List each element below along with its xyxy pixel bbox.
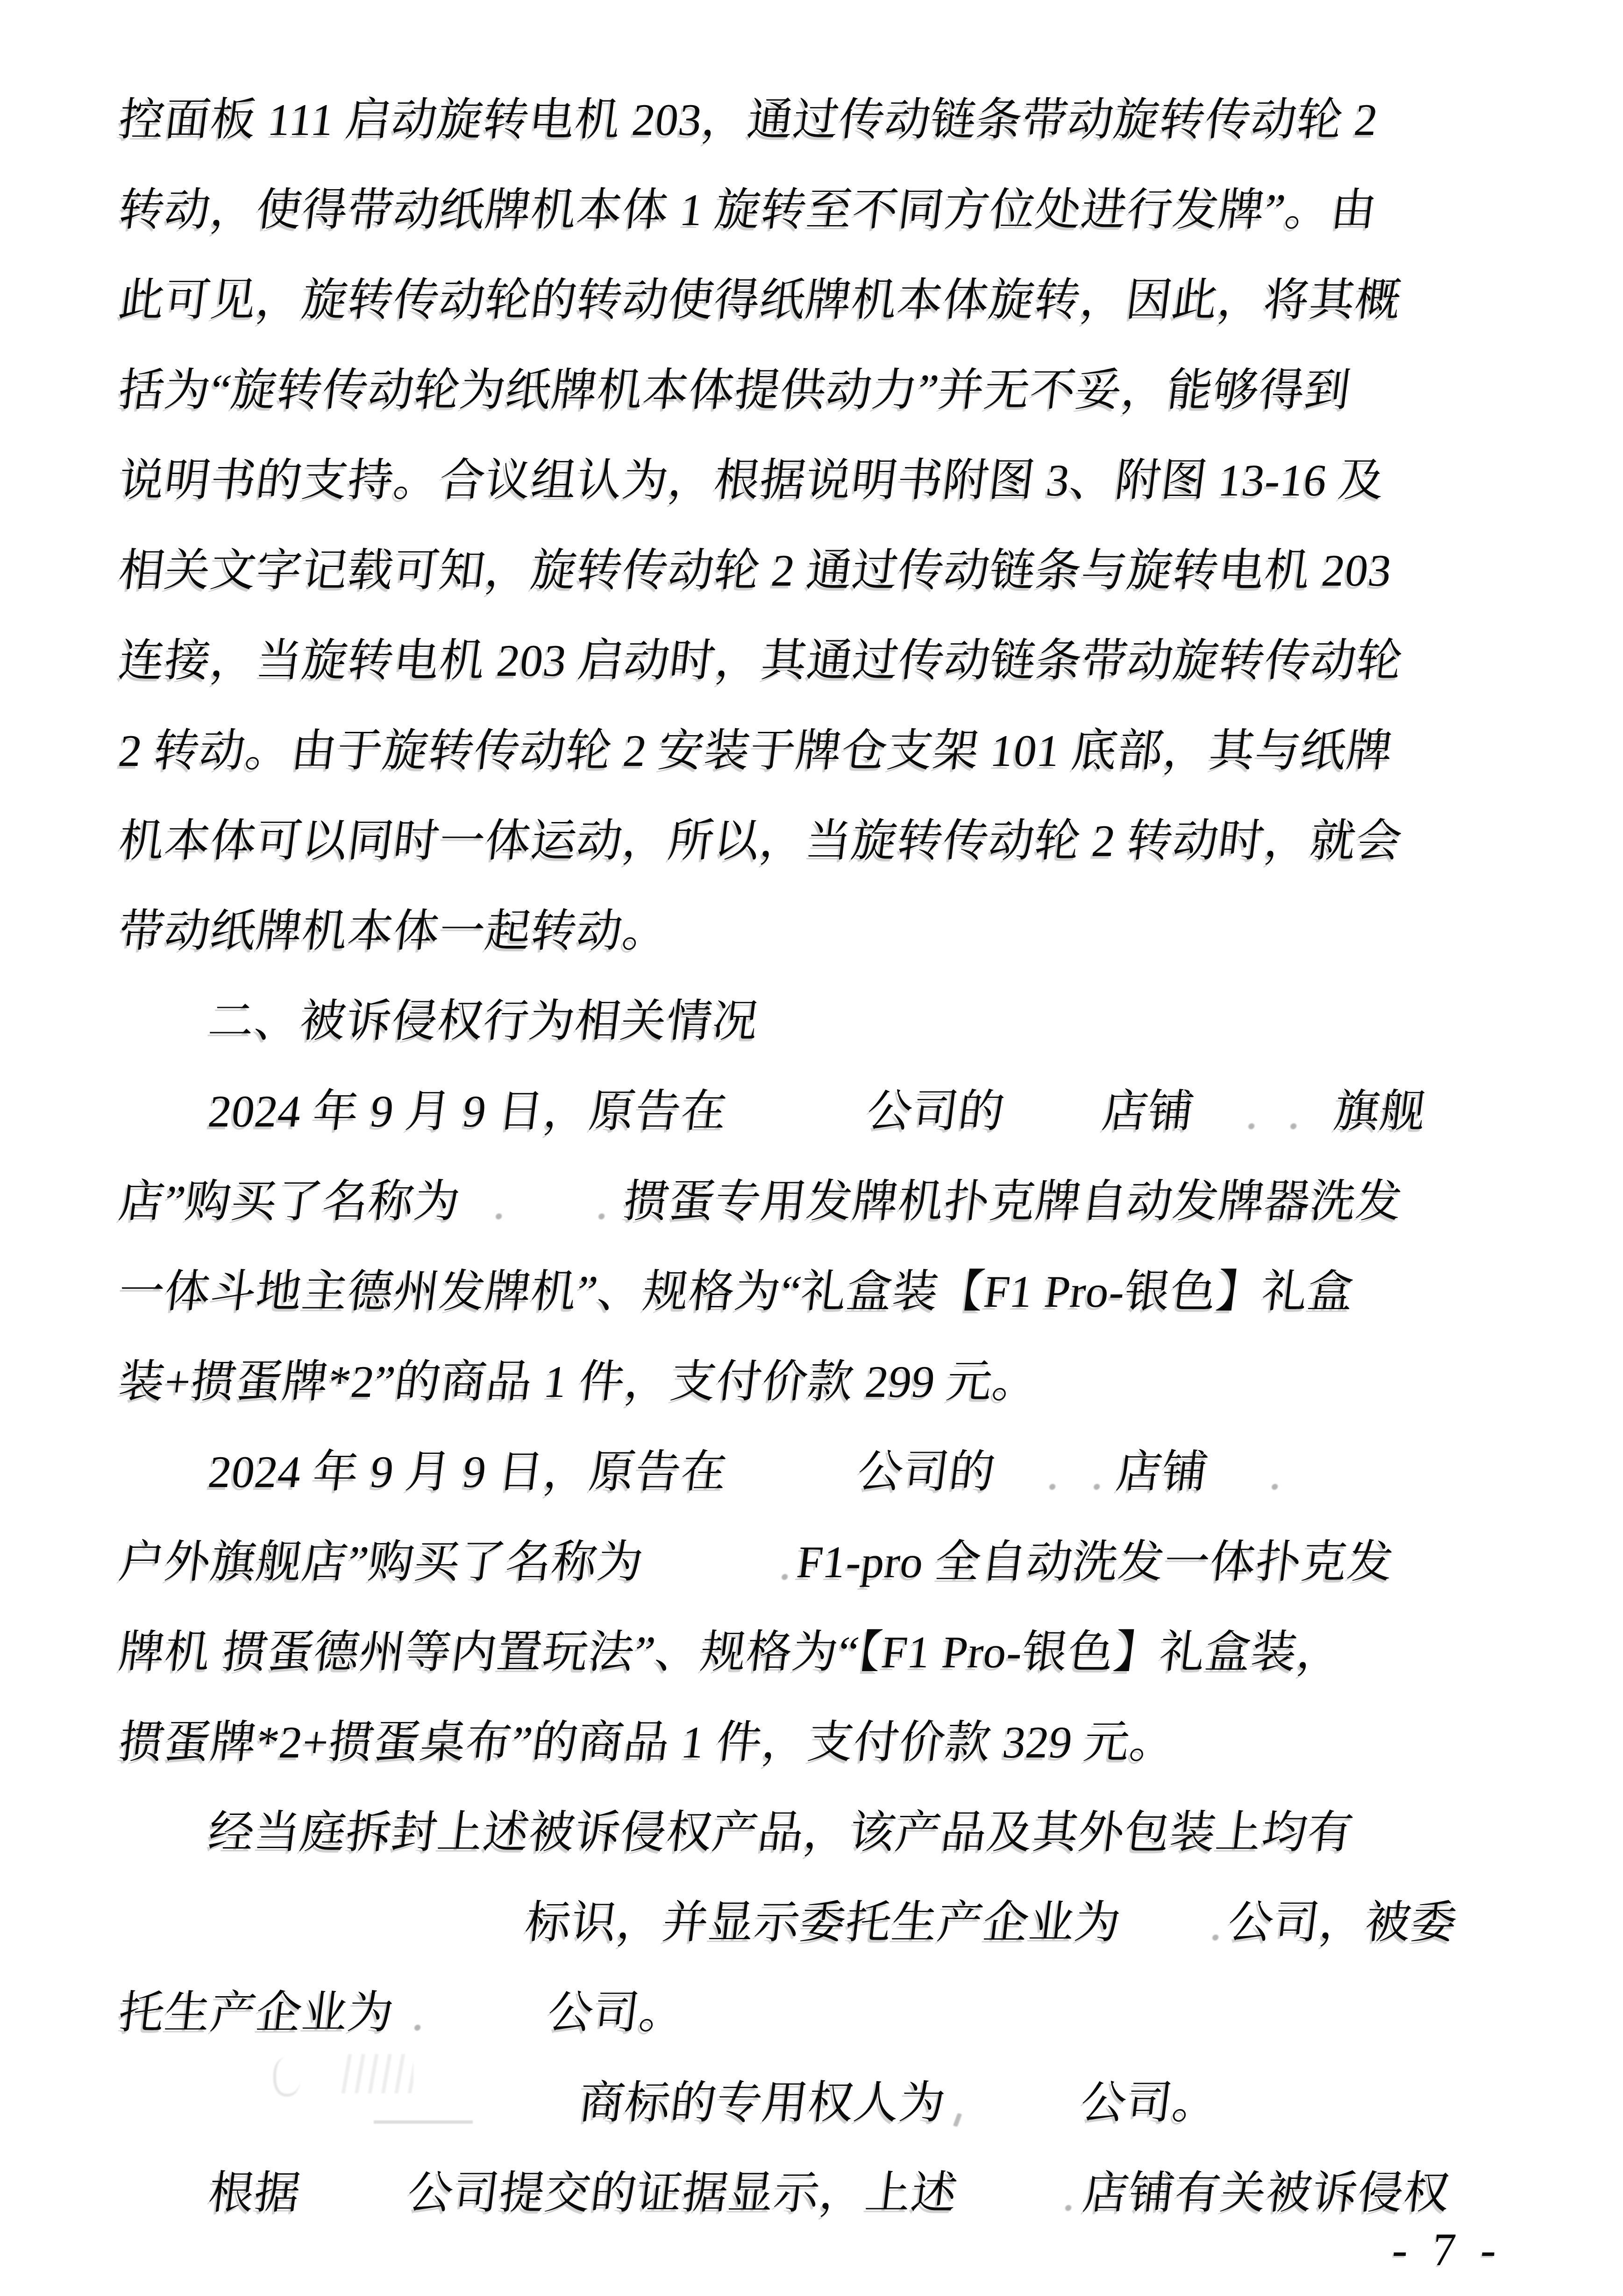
- line-text: 控面板 111 启动旋转电机 203，通过传动链条带动旋转传动轮 2: [116, 95, 1381, 145]
- text-line: 此可见，旋转传动轮的转动使得纸牌机本体旋转，因此，将其概: [114, 255, 1559, 345]
- line-text: 连接，当旋转电机 203 启动时，其通过传动链条带动旋转传动轮: [116, 636, 1405, 686]
- document-page: 控面板 111 启动旋转电机 203，通过传动链条带动旋转传动轮 2 转动，使得…: [0, 0, 1623, 2296]
- redaction-gap: [944, 2112, 1080, 2118]
- redaction-gap: [1192, 1121, 1333, 1127]
- line-text: 2 转动。由于旋转传动轮 2 安装于牌仓支架 101 底部，其与纸牌: [116, 726, 1395, 776]
- scan-dot-artifact: [598, 1213, 605, 1219]
- line-text: 2024 年 9 月 9 日，原告在: [206, 1086, 730, 1136]
- line-text: 相关文字记载可知，旋转传动轮 2 通过传动链条与旋转电机 203: [116, 546, 1395, 595]
- text-line: 2 转动。由于旋转传动轮 2 安装于牌仓支架 101 底部，其与纸牌: [114, 706, 1559, 796]
- line-text: 公司的: [864, 1086, 1008, 1136]
- text-line: 相关文字记载可知，旋转传动轮 2 通过传动链条与旋转电机 203: [114, 525, 1559, 616]
- redaction-gap: [117, 2112, 578, 2118]
- redaction-gap: [1206, 1481, 1281, 1487]
- text-line: 控面板 111 启动旋转电机 203，通过传动链条带动旋转传动轮 2: [114, 75, 1559, 165]
- text-line: 连接，当旋转电机 203 启动时，其通过传动链条带动旋转传动轮: [114, 616, 1559, 706]
- line-text: 牌机 掼蛋德州等内置玩法”、规格为“【F1 Pro-银色】礼盒装，: [116, 1627, 1346, 1677]
- text-line: 机本体可以同时一体运动，所以，当旋转传动轮 2 转动时，就会: [114, 796, 1559, 886]
- text-line: 2024 年 9 月 9 日，原告在公司的店铺: [114, 1427, 1559, 1517]
- redaction-gap: [1119, 1932, 1227, 1938]
- text-line: 托生产企业为公司。: [114, 1968, 1559, 2058]
- line-text: 公司。: [1078, 2078, 1221, 2128]
- redaction-gap: [392, 2022, 547, 2028]
- line-text: 说明书的支持。合议组认为，根据说明书附图 3、附图 13-16 及: [116, 455, 1388, 505]
- scan-dot-artifact: [1248, 1123, 1255, 1129]
- text-line: 掼蛋牌*2+掼蛋桌布”的商品 1 件，支付价款 329 元。: [114, 1697, 1559, 1787]
- redaction-gap: [117, 1932, 524, 1938]
- scan-dot-artifact: [1094, 1484, 1101, 1490]
- text-line: 商标的专用权人为公司。: [114, 2058, 1559, 2148]
- scan-dot-artifact: [495, 1213, 502, 1219]
- line-text: 店铺: [1100, 1086, 1197, 1136]
- line-text: 根据: [206, 2168, 303, 2218]
- scan-dot-artifact: [1212, 1935, 1219, 1941]
- scan-comma-artifact: [953, 2113, 962, 2127]
- line-text: 转动，使得带动纸牌机本体 1 旋转至不同方位处进行发牌”。由: [116, 185, 1380, 235]
- line-text: 公司的: [855, 1447, 998, 1497]
- line-text: 户外旗舰店”购买了名称为: [116, 1537, 646, 1587]
- line-text: 掼蛋牌*2+掼蛋桌布”的商品 1 件，支付价款 329 元。: [116, 1717, 1179, 1767]
- line-text: 掼蛋专用发牌机扑克牌自动发牌器洗发: [620, 1176, 1405, 1226]
- redaction-gap: [993, 1481, 1115, 1487]
- scan-dot-artifact: [781, 1574, 788, 1580]
- line-text: 经当庭拆封上述被诉侵权产品，该产品及其外包装上均有: [206, 1807, 1356, 1857]
- line-text: 店铺: [1114, 1447, 1211, 1497]
- text-line: 一体斗地主德州发牌机”、规格为“礼盒装【F1 Pro-银色】礼盒: [114, 1247, 1559, 1337]
- line-text: 标识，并显示委托生产企业为: [522, 1898, 1124, 1948]
- text-line: 牌机 掼蛋德州等内置玩法”、规格为“【F1 Pro-银色】礼盒装，: [114, 1607, 1559, 1697]
- line-text: 店铺有关被诉侵权: [1080, 2168, 1452, 2218]
- scan-dot-artifact: [1065, 2205, 1072, 2211]
- section-heading: 二、被诉侵权行为相关情况: [114, 976, 1559, 1066]
- page-number: - 7 -: [1390, 2224, 1504, 2275]
- line-text: 公司。: [545, 1988, 688, 2038]
- line-text: 托生产企业为: [116, 1988, 397, 2038]
- text-line: 户外旗舰店”购买了名称为F1-pro 全自动洗发一体扑克发: [114, 1517, 1559, 1607]
- redaction-gap: [955, 2203, 1082, 2208]
- text-line: 说明书的支持。合议组认为，根据说明书附图 3、附图 13-16 及: [114, 435, 1559, 525]
- line-text: 装+掼蛋牌*2”的商品 1 件，支付价款 299 元。: [116, 1357, 1041, 1407]
- text-line: 经当庭拆封上述被诉侵权产品，该产品及其外包装上均有: [114, 1787, 1559, 1878]
- line-text: 带动纸牌机本体一起转动。: [116, 906, 671, 956]
- line-text: 一体斗地主德州发牌机”、规格为“礼盒装【F1 Pro-银色】礼盒: [116, 1267, 1357, 1317]
- line-text: 此可见，旋转传动轮的转动使得纸牌机本体旋转，因此，将其概: [116, 275, 1404, 325]
- line-text: 括为“旋转传动轮为纸牌机本体提供动力”并无不妥，能够得到: [116, 365, 1353, 415]
- text-line: 括为“旋转传动轮为纸牌机本体提供动力”并无不妥，能够得到: [114, 345, 1559, 435]
- line-text: 商标的专用权人为: [576, 2078, 948, 2128]
- redaction-gap: [1003, 1121, 1101, 1127]
- line-text: 公司提交的证据显示，上述: [405, 2168, 960, 2218]
- line-text: F1-pro 全自动洗发一体扑克发: [794, 1537, 1396, 1587]
- text-line: 标识，并显示委托生产企业为公司，被委: [114, 1878, 1559, 1968]
- redaction-gap: [725, 1481, 856, 1487]
- line-text: 机本体可以同时一体运动，所以，当旋转传动轮 2 转动时，就会: [116, 816, 1405, 866]
- text-line: 带动纸牌机本体一起转动。: [114, 886, 1559, 976]
- line-text: 店”购买了名称为: [116, 1176, 463, 1226]
- redaction-gap: [458, 1211, 622, 1217]
- redaction-gap: [641, 1572, 796, 1577]
- text-line: 装+掼蛋牌*2”的商品 1 件，支付价款 299 元。: [114, 1337, 1559, 1427]
- scan-dot-artifact: [414, 2025, 421, 2031]
- text-line: 店”购买了名称为掼蛋专用发牌机扑克牌自动发牌器洗发: [114, 1156, 1559, 1247]
- text-line: 根据公司提交的证据显示，上述店铺有关被诉侵权: [114, 2148, 1559, 2238]
- scan-dot-artifact: [1272, 1484, 1279, 1490]
- document-body: 控面板 111 启动旋转电机 203，通过传动链条带动旋转传动轮 2 转动，使得…: [119, 75, 1553, 2238]
- scan-dot-artifact: [1049, 1484, 1056, 1490]
- line-text: 公司，被委: [1225, 1898, 1460, 1948]
- line-text: 二、被诉侵权行为相关情况: [206, 996, 761, 1046]
- line-text: 旗舰: [1331, 1086, 1429, 1136]
- text-line: 2024 年 9 月 9 日，原告在公司的店铺旗舰: [114, 1066, 1559, 1156]
- scan-dot-artifact: [1290, 1123, 1297, 1129]
- line-text: 2024 年 9 月 9 日，原告在: [206, 1447, 730, 1497]
- redaction-gap: [725, 1121, 866, 1127]
- redaction-gap: [299, 2203, 406, 2208]
- text-line: 转动，使得带动纸牌机本体 1 旋转至不同方位处进行发牌”。由: [114, 165, 1559, 255]
